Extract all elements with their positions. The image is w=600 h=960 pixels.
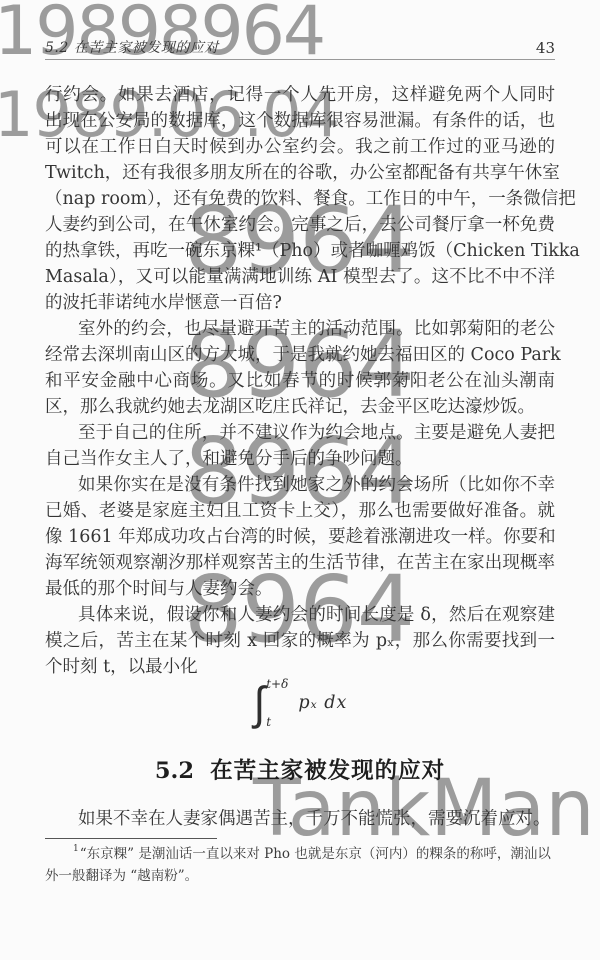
post-section-paragraph: 如果不幸在人妻家偶遇苦主，千万不能慌张，需要沉着应对。 xyxy=(45,806,555,832)
body-line: Twitch，还有我很多朋友所在的谷歌，办公室都配备有共享午休室 xyxy=(45,160,555,186)
section-number: 5.2 xyxy=(155,758,194,784)
body-line: 至于自己的住所，并不建议作为约会地点。主要是避免人妻把 xyxy=(45,420,555,446)
running-header-title: 5.2 在苦主家被发现的应对 xyxy=(45,37,219,57)
body-line: 最低的那个时间与人妻约会。 xyxy=(45,576,555,602)
body-line: 的热拿铁，再吃一碗东京粿¹（Pho）或者咖喱鸡饭（Chicken Tikka xyxy=(45,238,555,264)
integral-symbol: ∫ xyxy=(253,674,264,732)
body-line: 室外的约会，也尽量避开苦主的活动范围。比如郭菊阳的老公 xyxy=(45,316,555,342)
section-title: 在苦主家被发现的应对 xyxy=(210,758,445,784)
body-line: 行约会。如果去酒店，记得一个人先开房，这样避免两个人同时 xyxy=(45,82,555,108)
page-number: 43 xyxy=(536,39,555,57)
running-header: 5.2 在苦主家被发现的应对 43 xyxy=(45,38,555,60)
body-line: 如果你实在是没有条件找到她家之外的约会场所（比如你不幸 xyxy=(45,472,555,498)
footnote-rule xyxy=(45,838,217,839)
book-page: 19898964 1989.06.04 8964 8964 8964 8964 … xyxy=(0,0,600,960)
body-line: Masala），又可以能量满满地训练 AI 模型去了。这不比不中不洋 xyxy=(45,264,555,290)
body-line: 具体来说，假设你和人妻约会的时间长度是 δ，然后在观察建 xyxy=(45,602,555,628)
body-line: 人妻约到公司，在午休室约会。完事之后，去公司餐厅拿一杯免费 xyxy=(45,212,555,238)
formula: ∫ t+δ t pₓ dx xyxy=(45,672,555,734)
body-line: 经常去深圳南山区的方大城，于是我就约她去福田区的 Coco Park xyxy=(45,342,555,368)
body-line: 像 1661 年郑成功攻占台湾的时候，要趁着涨潮进攻一样。你要和 xyxy=(45,524,555,550)
integral-lower-limit: t xyxy=(266,715,288,729)
body-line: （nap room），还有免费的饮料、餐食。工作日的中午，一条微信把 xyxy=(45,186,555,212)
page-content: 5.2 在苦主家被发现的应对 43 行约会。如果去酒店，记得一个人先开房，这样避… xyxy=(0,0,600,960)
footnote-marker: 1 xyxy=(73,844,79,854)
footnote-line: 1“东京粿” 是潮汕话一直以来对 Pho 也就是东京（河内）的粿条的称呼，潮汕以 xyxy=(45,844,555,866)
body-text: 行约会。如果去酒店，记得一个人先开房，这样避免两个人同时出现在公安局的数据库，这… xyxy=(45,82,555,680)
body-line: 自己当作女主人了，和避免分手后的争吵问题。 xyxy=(45,446,555,472)
body-line: 已婚、老婆是家庭主妇且工资卡上交），那么也需要做好准备。就 xyxy=(45,498,555,524)
body-line: 区，那么我就约她去龙湖区吃庄氏祥记，去金平区吃达濠炒饭。 xyxy=(45,394,555,420)
footnote: 1“东京粿” 是潮汕话一直以来对 Pho 也就是东京（河内）的粿条的称呼，潮汕以… xyxy=(45,844,555,887)
body-line: 的波托菲诺纯水岸惬意一百倍? xyxy=(45,290,555,316)
integral-upper-limit: t+δ xyxy=(266,677,288,691)
footnote-line: 外一般翻译为 “越南粉”。 xyxy=(45,866,555,888)
integral-limits: t+δ t xyxy=(266,676,288,730)
body-line: 可以在工作日白天时候到办公室约会。我之前工作过的亚马逊的 xyxy=(45,134,555,160)
body-line: 和平安金融中心商场。又比如春节的时候郭菊阳老公在汕头潮南 xyxy=(45,368,555,394)
footnote-text: “东京粿” 是潮汕话一直以来对 Pho 也就是东京（河内）的粿条的称呼，潮汕以 xyxy=(80,846,551,862)
body-line: 出现在公安局的数据库，这个数据库很容易泄漏。有条件的话，也 xyxy=(45,108,555,134)
body-line: 海军统领观察潮汐那样观察苦主的生活节律，在苦主在家出现概率 xyxy=(45,550,555,576)
formula-expression: pₓ dx xyxy=(298,693,347,713)
section-heading: 5.2在苦主家被发现的应对 xyxy=(45,753,555,785)
body-line: 模之后，苦主在某个时刻 x 回家的概率为 pₓ，那么你需要找到一 xyxy=(45,628,555,654)
